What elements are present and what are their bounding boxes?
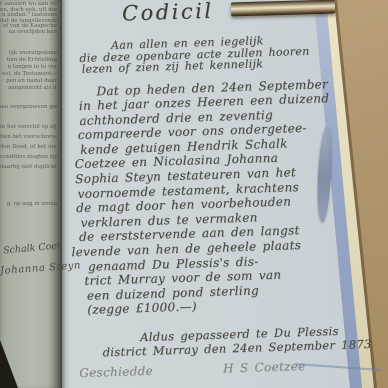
body-text: Dat op heden den 24en September in het j…	[66, 76, 341, 318]
salutation: Aan allen en een iegelijk die deze openb…	[65, 33, 334, 76]
closing-text: Aldus gepasseerd te Du Plessis district …	[74, 324, 343, 360]
manuscript-text: Codicil Aan allen en een iegelijk die de…	[64, 0, 344, 380]
binding-clip	[231, 0, 335, 16]
manuscript-partial-word: Geschiedde	[79, 364, 153, 380]
document-photo: t laatsten wil kan houden en, doch ook, …	[0, 0, 388, 388]
manuscript-partial-word: H S Coetzee	[223, 359, 306, 376]
manuscript-line: district Murray den 24en September 1873	[102, 338, 342, 360]
